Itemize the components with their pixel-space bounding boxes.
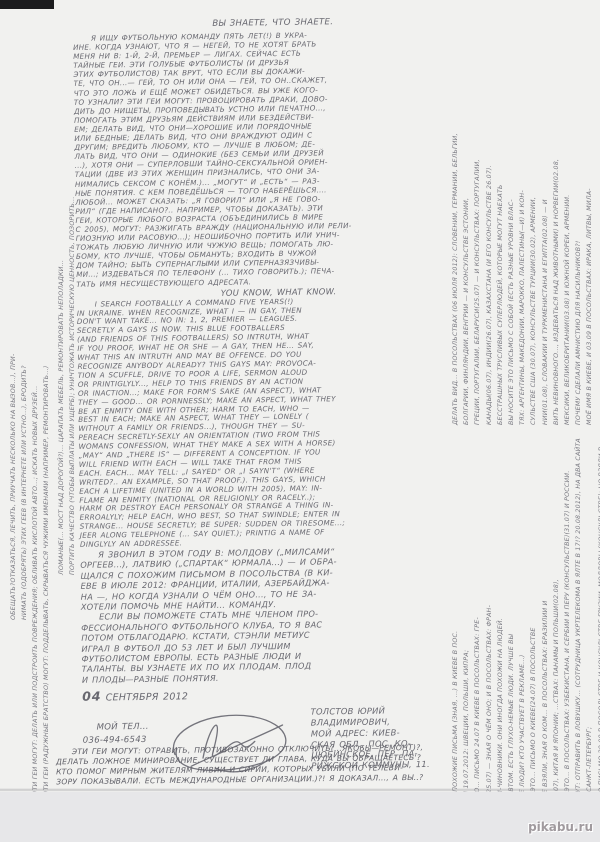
paragraph-english: I search footballly a command five years… (77, 295, 484, 550)
watermark-text: pikabu.ru (528, 820, 593, 834)
scanner-corner-artifact (0, 0, 54, 9)
paragraph-postscript: Эти геи могут: отравить, противозаконно … (56, 741, 600, 788)
scanner-background-strip (0, 792, 600, 842)
letter-title-russian: Вы знаете, что знаете. (133, 16, 413, 30)
paper-edge-shadow (0, 788, 600, 792)
letter-body: Вы знаете, что знаете. Я ищу футбольную … (73, 15, 488, 782)
margin-note-left-outer: обещать?отказаться, лечить, приучать нес… (8, 120, 32, 620)
margin-note-left-bottom: Эти геи могут: делать или подстроить пов… (30, 175, 54, 795)
letter-date-day: 04 (82, 689, 102, 704)
paragraph-request-help: Если вы поможете стать мне членом про- ф… (81, 607, 486, 685)
paragraph-russian: Я ищу футбольную команду пять лет(!) в У… (73, 28, 481, 288)
scanned-letter-page: обещать?отказаться, лечить, приучать нес… (0, 0, 600, 842)
paragraph-phone-calls: Я звонил в этом году в: Молдову („Милсам… (80, 544, 485, 612)
phone-number: мой тел... 036-494-6543 (82, 721, 149, 748)
